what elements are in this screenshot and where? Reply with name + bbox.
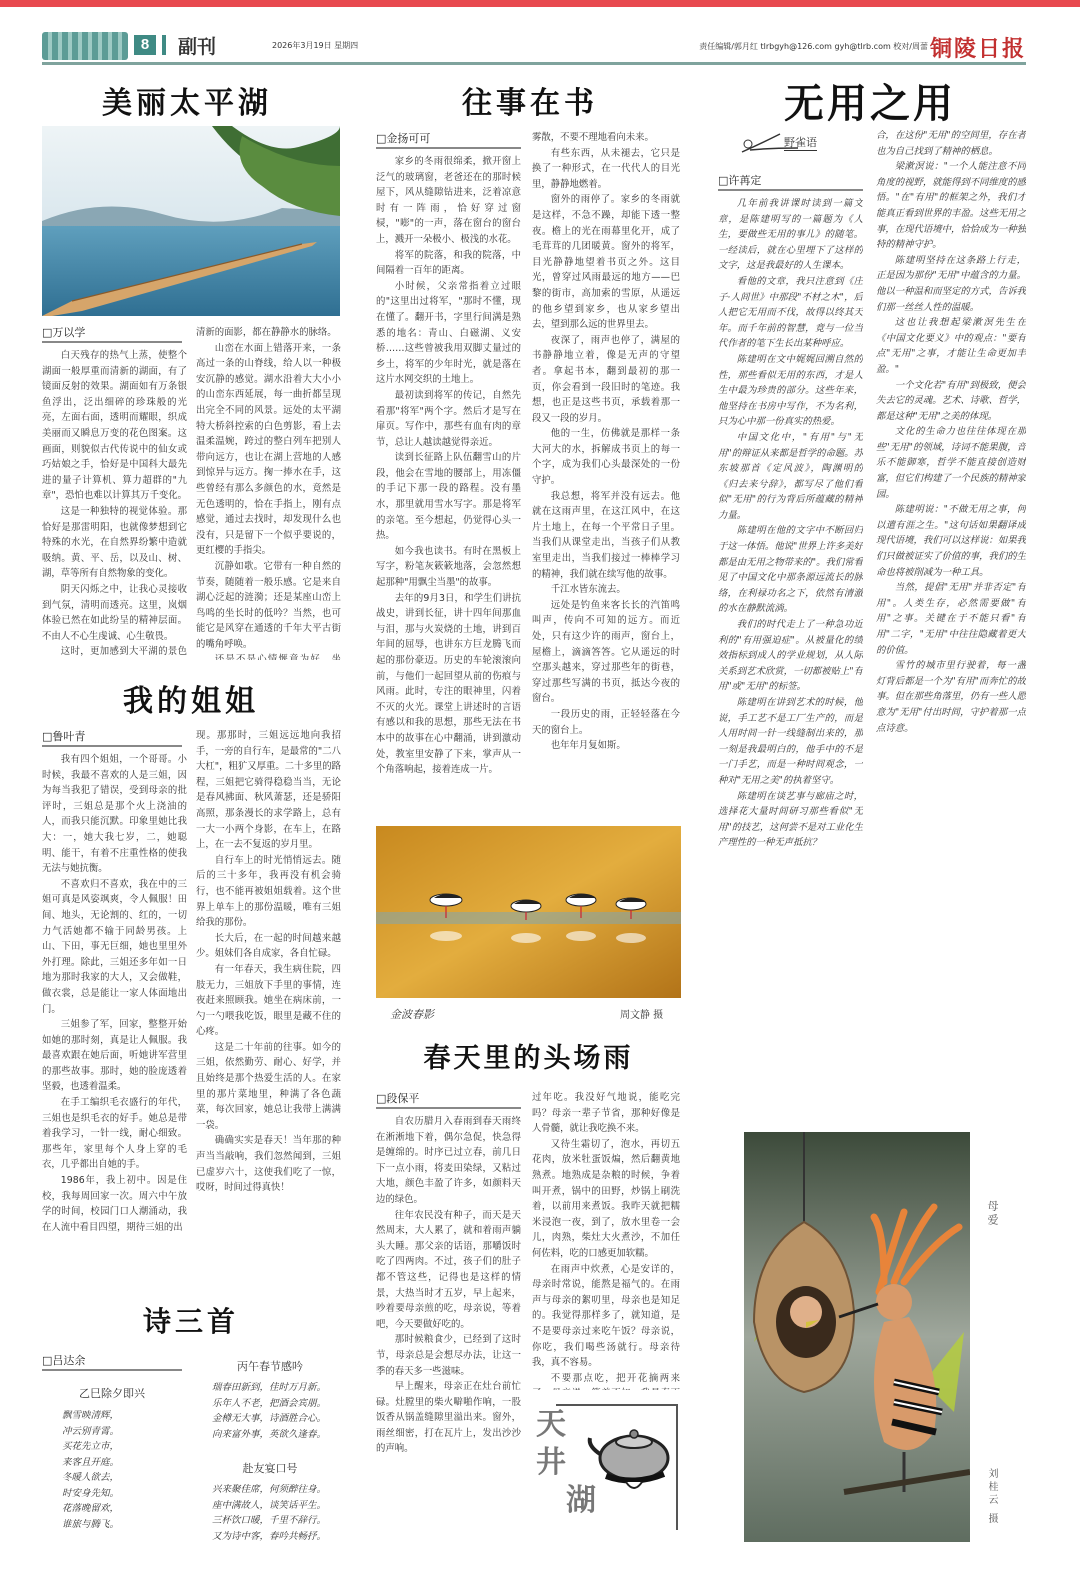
paragraph: 陈建明坚持在这条路上行走，正是因为那份"无用"中蕴含的力量。他以一种温和而坚定的… (876, 253, 1026, 315)
article-body-jiejie-col2: 现。那那时，三姐远远地向我招手，一旁的自行车，是最常的"二八大杠"，粗犷又厚重。… (196, 728, 341, 1252)
paragraph: 自行车上的时光悄悄远去。随后的三十多年，我再没有机会骑行，也不能再被姐姐载着。这… (196, 853, 341, 931)
article-body-wangshi-col1: 家乡的冬雨很绵柔，掀开窗上泛气的玻璃窗，老爸还在的那时候屋下，风从缝隙钻进来，泛… (376, 154, 521, 814)
photo-credit: 刘桂云 摄 (984, 1468, 999, 1526)
masthead: 8 副刊 2026年3月19日 星期四 责任编辑/郭月红 tlrbgyh@126… (42, 32, 1026, 65)
paragraph: 远处是钓鱼来客长长的汽笛鸣叫声，传向不可知的远方。而近处，只有这少许的雨声，窗台… (532, 598, 680, 707)
birds-photo (376, 826, 681, 998)
poem-line: 花落晚留欢， (62, 1501, 119, 1517)
poem-line: 时安身先知。 (62, 1486, 119, 1502)
paragraph: 这也让我想起梁漱溟先生在《中国文化要义》中的观点："要有点"无用"之事，才能让生… (876, 315, 1026, 377)
paragraph: 一个文化若"有用"到极致，便会失去它的灵魂。艺术、诗歌、哲学，都是这种"无用"之… (876, 378, 1026, 425)
paragraph: 白天残存的热气上蒸，使整个湖面一般厚重而清新的湖面，有了镜面反射的效果。湖面如有… (42, 348, 187, 504)
poem-line: 又为诗中客，春吟共畅抒。 (212, 1529, 326, 1545)
paragraph: 1986年，我上初中。因是住校，我每周回家一次。周六中午放学的时间，校园门口人潮… (42, 1173, 187, 1235)
author-byline: □段保平 (376, 1090, 521, 1109)
section-name: 副刊 (178, 32, 216, 59)
tianjinghu-column-logo: 天 井 湖 (556, 1404, 678, 1530)
author-byline: □鲁叶青 (42, 728, 182, 747)
paragraph: 在手工编织毛衣盛行的年代，三姐也是织毛衣的好手。她总是带着我学习，一针一线，耐心… (42, 1095, 187, 1173)
masthead-divider (162, 35, 166, 55)
paragraph: 确确实实是春天！当年那的种声当当敲响，我们忽然闻到，三姐已虚岁六十，这使我们吃了… (196, 1133, 341, 1195)
article-body-wangshi-col2: 雾散，不要不理地看向未来。 有些东西，从未褪去，它只是换了一种形式，在一代代人的… (532, 130, 680, 814)
poem-body: 飘雪映清辉， 冲云别青霄。 买花先立市， 来客且开庭。 冬暖人欲去， 时安身先知… (62, 1408, 119, 1532)
poem-title: 丙午春节感吟 (205, 1358, 335, 1374)
column-badge-label: 野雀语 (784, 134, 817, 151)
poem-line: 冬暖人欲去， (62, 1470, 119, 1486)
poem-line: 买花先立市， (62, 1439, 119, 1455)
paragraph: 读到长征路上队伍翻雪山的片段，他会在雪地的腰部上，用冻僵的手记下那一段的路程。没… (376, 450, 521, 544)
lake-photo (42, 126, 340, 316)
article-title-poems: 诗三首 (42, 1300, 340, 1340)
photo-caption: 金波春影 (390, 1006, 434, 1022)
paragraph: 陈建明在谈艺事与廊庙之时，选择花大量时间研习那些看似"无用"的技艺，这何尝不是对… (718, 789, 863, 851)
author-byline: □万以学 (42, 324, 182, 343)
article-title-jiejie: 我的姐姐 (42, 676, 340, 720)
paragraph: 千江水皆东流去。 (532, 582, 680, 598)
paragraph: 有一年春天，我生病住院，四肢无力，三姐放下手里的事情，连夜赶来照顾我。她坐在病床… (196, 962, 341, 1040)
paragraph: 几年前我讲课时读到一篇文章，是陈建明写的一篇题为《人生，要做些无用的事儿》的随笔… (718, 196, 863, 274)
poem-line: 三杯饮口暖，千里不辞行。 (212, 1513, 326, 1529)
poem-body: 兴来聚佳席，何须醉往身。 座中满故人，谈笑话平生。 三杯饮口暖，千里不辞行。 又… (212, 1482, 326, 1544)
paragraph: 去年的9月3日，和学生们讲抗战史，讲到长征，讲十四年间那血与泪，那与火炭烧的土地… (376, 591, 521, 778)
paragraph: 家乡的冬雨很绵柔，掀开窗上泛气的玻璃窗，老爸还在的那时候屋下，风从缝隙钻进来，泛… (376, 154, 521, 248)
poem-line: 兴来聚佳席，何须醉往身。 (212, 1482, 326, 1498)
article-title-taipinghu: 美丽太平湖 (42, 78, 332, 122)
poem-line: 冲云别青霄。 (62, 1424, 119, 1440)
article-title-wangshi: 往事在书 (380, 78, 680, 122)
paragraph: 沉静如歌。它带有一种自然的节奏，随随着一般乐感。它是来自湖心泛起的涟漪；还是某座… (196, 559, 341, 653)
paragraph: 这时，更加感到大平湖的景色是那般厚重。太阳透射辉映出那片的水面上，山峦、云树、湖… (42, 644, 187, 660)
article-body-wuyong-col2: 合，在这份"无用"的空间里，存在者也为自己找到了精神的栖息。 梁漱溟说："一个人… (876, 128, 1026, 1126)
paragraph: 这是二十年前的往事。如今的三姐，依然勤劳、耐心、好学，并且始终是那个热爱生活的人… (196, 1040, 341, 1134)
paragraph: 我总想，将军并没有远去。他就在这雨声里，在这江风中，在这片土地上，在每一个平常日… (532, 489, 680, 583)
paragraph: 陈建明说："不做无用之事，何以遣有涯之生。"这句话如果翻译成现代语境，我们可以这… (876, 502, 1026, 580)
photo-credit: 周文静 摄 (620, 1006, 663, 1021)
poem-body: 瑞春田新到，佳时万月新。 乐年人不老，把酒会宾朋。 金樽无大事，诗酒胜合心。 向… (212, 1380, 326, 1442)
paragraph: 山峦在水面上错落开来，一条高过一条的山脊线，给人以一种极安沉静的感觉。湖水沿着大… (196, 341, 341, 559)
paragraph: 小时候，父亲常指着立过眼的"这里出过将军，"那时不懂，现在懂了。翻开书，字里行间… (376, 279, 521, 388)
paragraph: 那时候粮食少，已经到了这时节，母亲总是会想尽办法，让这一季的春天多一些滋味。 (376, 1332, 521, 1379)
paragraph: 陈建明在他的文字中不断回归于这一体悟。他说"世界上许多美好都是由无用之物带来的"… (718, 523, 863, 617)
poem-line: 金樽无大事，诗酒胜合心。 (212, 1411, 326, 1427)
article-body-chuntian-col2: 过年吃。我没好气地说，能吃完吗？母亲一辈子节省，那种好像是人骨髓，就让我吃换不来… (532, 1090, 680, 1390)
author-byline: □金扬可可 (376, 130, 521, 149)
lake-bridge-image (42, 126, 340, 316)
paragraph: 我有四个姐姐，一个哥哥。小时候，我最不喜欢的人是三姐，因为每当我犯了错误，受到母… (42, 752, 187, 877)
issue-date: 2026年3月19日 星期四 (272, 40, 358, 51)
newspaper-logo: 铜陵日报 (930, 32, 1026, 63)
poem-line: 向来富外事，英欲久逢春。 (212, 1427, 326, 1443)
column-badge: 野雀语 (740, 130, 840, 160)
poem-line: 乐年人不老，把酒会宾朋。 (212, 1396, 326, 1412)
paragraph: 阴天闪烁之中，让我心灵接收到气氛，清明而透亮。这里，岚烟体验已然在如此纷呈的精神… (42, 582, 187, 644)
paragraph: 陈建明在讲到艺术的时候，他说，手工艺不是工厂生产的，而是人用时间一针一线缝制出来… (718, 695, 863, 789)
paragraph: 当然，提倡"无用"并非否定"有用"。人类生存，必然需要做"有用"之事。关键在于不… (876, 580, 1026, 658)
paragraph: 雪竹的城市里行驶着，每一盏灯背后都是一个为"有用"而奔忙的故事。但在那些角落里，… (876, 658, 1026, 736)
paragraph: 现。那那时，三姐远远地向我招手，一旁的自行车，是最常的"二八大杠"，粗犷又厚重。… (196, 728, 341, 853)
paragraph: 自农历腊月入春雨到春天雨终在淅淅地下着，偶尔急促，快急得是缠绵的。时序已过立春，… (376, 1114, 521, 1208)
stilts-in-water-image (376, 826, 681, 998)
paragraph: 最初读到将军的传记，自然先看那"将军"两个字。然后才是写在扉页。写作中，那些有血… (376, 388, 521, 450)
poem-line: 来客且开庭。 (62, 1455, 119, 1471)
paragraph: 雾散，不要不理地看向未来。 (532, 130, 680, 146)
paragraph: 还是不是心情惬意为好。坐着，摇摇曳心，看听远水的韵相的声音，做一个倾听者最好！ (196, 652, 341, 660)
article-body-chuntian-col1: 自农历腊月入春雨到春天雨终在淅淅地下着，偶尔急促，快急得是缠绵的。时序已过立春，… (376, 1114, 521, 1554)
paragraph: 我们的时代走上了一种急功近利的"有用强迫症"。从被量化的绩效指标到成人的学业规划… (718, 617, 863, 695)
poem-line: 飘雪映清辉， (62, 1408, 119, 1424)
photo-caption: 母爱 (984, 1200, 1000, 1228)
poem-line: 座中满故人，谈笑话平生。 (212, 1498, 326, 1514)
paragraph: 将军的院落，和我的院落，中间隔着一百年的距离。 (376, 248, 521, 279)
paragraph: 窗外的雨停了。家乡的冬雨就是这样，不急不躁，却能下透一整夜。檐上的光在雨幕里化开… (532, 192, 680, 332)
paragraph: 夜深了，雨声也停了，满屋的书静静地立着，像是无声的守望者。拿起书本，翻到最初的那… (532, 333, 680, 427)
paragraph: 合，在这份"无用"的空间里，存在者也为自己找到了精神的栖息。 (876, 128, 1026, 159)
article-body-jiejie-col1: 我有四个姐姐，一个哥哥。小时候，我最不喜欢的人是三姐，因为每当我犯了错误，受到母… (42, 752, 187, 1252)
editor-credits: 责任编辑/郭月红 tlrbgyh@126.com gyh@tlrb.com 校对… (699, 41, 928, 52)
paragraph: 不要那点吃，把开花摘两来了。母亲说：等着不如。我是春雨油，也是小雨润。 (532, 1371, 680, 1390)
paragraph: 也年年月复如斯。 (532, 738, 680, 754)
article-title-wuyong: 无用之用 (760, 72, 980, 129)
teapot-icon (586, 1416, 676, 1496)
paragraph: 看他的文章，我只注意到《庄子·人间世》中那段"不材之木"，后人把它无用而不伐，故… (718, 274, 863, 352)
article-body-taipinghu-col2: 清新的面影，都在静静水的脉络。 山峦在水面上错落开来，一条高过一条的山脊线，给人… (196, 325, 341, 660)
paragraph: 有些东西，从未褪去，它只是换了一种形式，在一代代人的目光里，静静地燃着。 (532, 146, 680, 193)
paragraph: 三姐参了军，回家，整整开始如她的那时刻，真是让人佩服。我最喜欢跟在她后面，听她讲… (42, 1017, 187, 1095)
page-number: 8 (134, 35, 156, 55)
poem-title: 赴友宴口号 (205, 1460, 335, 1476)
article-body-wuyong-col1: 几年前我讲课时读到一篇文章，是陈建明写的一篇题为《人生，要做些无用的事儿》的随笔… (718, 196, 863, 1126)
paragraph: 他的一生，仿佛就是那样一条大河大的水，拆解成书页上的每一个字，成为我们心头最深处… (532, 426, 680, 488)
paragraph: 清新的面影，都在静静水的脉络。 (196, 325, 341, 341)
paragraph: 过年吃。我没好气地说，能吃完吗？母亲一辈子节省，那种好像是人骨髓，就让我吃换不来… (532, 1090, 680, 1137)
paragraph: 在雨声中炊煮，心是安详的，母亲时常说，能熬是福气的。在雨声与母亲的絮叨里，母亲也… (532, 1262, 680, 1371)
paragraph: 又待生霜切了，泡水，再切五花肉，放米牡蛋饭煸，然后翻黄地熟煮。地熟成是杂粮的时候… (532, 1137, 680, 1262)
paragraph: 梁漱溟说："一个人能注意不同角度的视野，就能得到不同维度的感悟。"在"有用"的框… (876, 159, 1026, 253)
paragraph: 如今我也读书。有时在黑板上写字，粉笔灰簌簌地落，会忽然想起那种"用飘尘当墨"的故… (376, 544, 521, 591)
paragraph: 这是一种独特的视觉体验。那恰好是那雷明阳，也就像梦想到它特殊的水光，在自然界纷繁… (42, 504, 187, 582)
cloud-ornament-icon (42, 32, 128, 60)
paragraph: 长大后，在一起的时间越来越少。姐妹们各自成家，各自忙碌。 (196, 931, 341, 962)
paragraph: 不喜欢归不喜欢，我在中的三姐可真是风姿飒爽，令人佩服！田间、地头，无论割的、红的… (42, 877, 187, 1017)
paragraph: 往年农民没有种子，而天是天然周末，大人累了，就和着雨声躺头大睡。那父亲的话语，那… (376, 1208, 521, 1333)
poem-line: 谁旅与腾飞。 (62, 1517, 119, 1533)
paragraph: 早上醒来，母亲正在灶台前忙碌。灶膛里的柴火噼啪作响，一股饭香从锅盖缝隙里溢出来。… (376, 1379, 521, 1457)
paragraph: 陈建明在文中娓娓回溯自然的性，那些看似无用的东西，才是人生中最为珍贵的部分。这些… (718, 352, 863, 430)
hoopoe-feeding-chick-image (744, 1132, 970, 1542)
article-body-taipinghu-col1: 白天残存的热气上蒸，使整个湖面一般厚重而清新的湖面，有了镜面反射的效果。湖面如有… (42, 348, 187, 660)
author-byline: □吕达余 (42, 1352, 182, 1371)
author-byline: □许苒定 (718, 172, 863, 191)
paragraph: 中国文化中，"有用"与"无用"的辩证从来都是哲学的命题。苏东坡那首《定风波》，陶… (718, 430, 863, 524)
paragraph: 一段历史的雨，正轻轻落在今天的窗台上。 (532, 707, 680, 738)
paragraph: 文化的生命力也往往体现在那些"无用"的领域，诗词不能果腹，音乐不能御寒，哲学不能… (876, 424, 1026, 502)
poem-title: 乙巳除夕即兴 (42, 1385, 182, 1401)
top-accent-bar (0, 0, 1080, 7)
hoopoe-photo (744, 1132, 970, 1542)
poem-line: 瑞春田新到，佳时万月新。 (212, 1380, 326, 1396)
article-title-chuntian: 春天里的头场雨 (376, 1036, 681, 1075)
